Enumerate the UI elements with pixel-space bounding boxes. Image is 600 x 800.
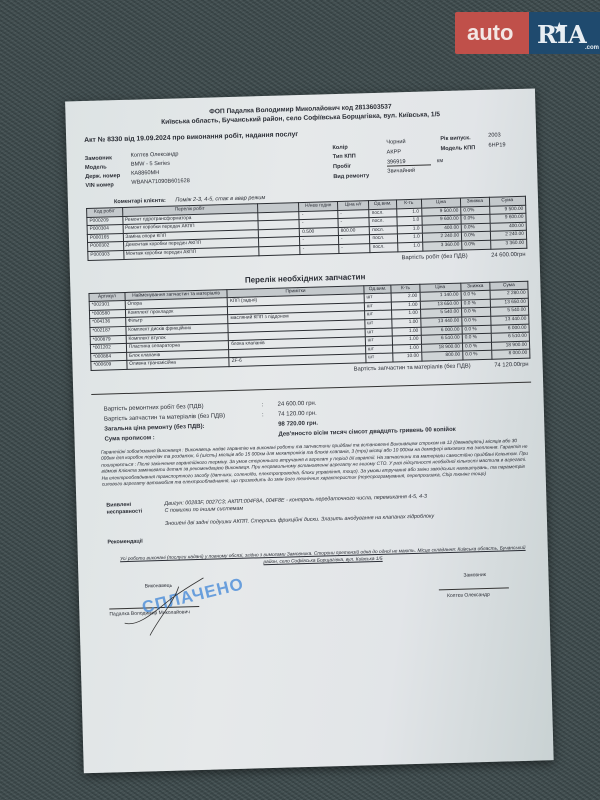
parts-table: АртикулНайменування запчастин та матеріа… [88,280,530,371]
autoria-watermark: auto ★ RIA .com [455,12,600,54]
works-cell: 3 360.00 [422,241,462,251]
parts-cell: 5 540.00 [490,307,528,317]
parts-cell: 18 900.00 [491,341,529,351]
parts-cell: 6 000.00 [491,324,529,334]
customer-label: Замовник [85,155,112,162]
work-act-document: ФОП Падалка Володимир Миколайович код 28… [65,88,554,773]
works-cell: 1.0 [397,234,422,243]
parts-total-value: 74 120.00грн [494,362,528,369]
model-label: Модель [85,164,107,171]
year-label: Рік випуск. [440,135,470,142]
works-total-label: Вартість робіт (без ПДВ) [401,253,467,261]
parts-cell: 0.0 % [463,351,492,360]
signatures: Виконавець Падалка Володимир Миколайович… [78,566,550,659]
defects-line-3: Зношені дві задні подушки АКПП. Стерлись… [165,514,434,529]
parts-cell: шт [366,353,394,362]
repair-type-label: Вид ремонту [333,173,369,180]
works-cell: 0.0% [462,240,491,249]
works-table: Код робітПерелік робітН/нев годинЦіна н/… [86,196,527,261]
works-cell: Р000303 [88,250,124,260]
watermark-ria: ★ RIA .com [529,12,600,54]
color-value: Чорний [386,139,405,146]
parts-cell: 13 440.00 [491,315,529,325]
color-label: Колір [332,145,347,151]
mileage-label: Пробіг [333,164,351,171]
parts-cell: 2 280.00 [490,289,528,299]
works-cell: - [300,244,339,254]
defects-label: Виявлені несправності [106,501,165,530]
year-value: 2003 [488,132,501,138]
parts-cell: 6 510.00 [491,332,529,342]
recommendations-label: Рекомендації [107,528,547,546]
gearbox-type-label: Тип КПП [333,153,356,160]
works-cell: 1.0 [397,216,422,225]
works-total-value: 24 600.00грн [491,251,525,258]
works-cell: 2 240.00 [422,232,462,242]
parts-cell: 1.00 [392,301,420,310]
customer-sign-name: Коптєв Олександр [447,592,490,599]
watermark-auto: auto [455,12,529,54]
vin-value: WBANA71090B601628 [131,178,190,186]
works-cell: 9 600.00 [489,213,526,223]
customer-signature-line [439,588,509,591]
works-cell: 3 360.00 [490,239,527,249]
parts-cell: 10.00 [393,353,421,362]
works-cell: 9 500.00 [489,205,526,215]
parts-cell: 8 000.00 [492,349,530,359]
star-icon: ★ [553,6,566,52]
mileage-unit: км [437,158,443,164]
plate-value: КА8860МН [131,170,159,177]
divider [91,382,531,395]
mileage-value: 396919 [387,158,431,166]
works-cell: 9 600.00 [422,215,462,225]
works-cell: посл. [370,243,398,252]
works-cell: 1.0 [397,225,422,234]
parts-cell: 800.00 [421,351,462,361]
declaration: Усі роботи виконані (послуги надані) у п… [118,546,528,570]
parts-cell: 1.00 [393,344,421,353]
gearbox-model-label: Модель КПП [440,145,475,152]
warranty-terms: Гарантійні зобов'язання Виконавця : Вико… [101,439,532,489]
parts-cell: 1.00 [392,310,420,319]
works-cell: 9 500.00 [421,207,461,217]
signature-scribble-icon [118,576,210,638]
works-cell: - [339,244,371,253]
customer-value: Коптєв Олександр [131,151,179,158]
parts-total-label: Вартість запчастин та матеріалів (без ПД… [354,363,471,372]
detected-defects: Виявлені несправності Двигун: 00283F, 00… [106,491,533,530]
cost-summary: Вартість ремонтних робіт без (ПДВ):24 60… [104,392,545,444]
vin-label: VIN номер [85,182,113,189]
company-header: ФОП Падалка Володимир Миколайович код 28… [65,98,535,129]
parts-cell: *000609 [91,361,127,371]
gearbox-type-value: АКРР [387,149,402,155]
works-cell: 1.0 [397,242,422,251]
model-value: BMW - 5 Series [131,161,170,168]
works-cell [258,246,300,256]
works-cell: 2 240.00 [490,231,527,241]
parts-cell: 13 650.00 [490,298,528,308]
works-cell: 1.0 [396,208,421,217]
gearbox-model-value: 6HP19 [488,142,505,148]
repair-type-value: Звичайний [387,168,415,175]
plate-label: Держ. номер [85,173,120,180]
customer-sign-label: Замовник [463,572,486,579]
